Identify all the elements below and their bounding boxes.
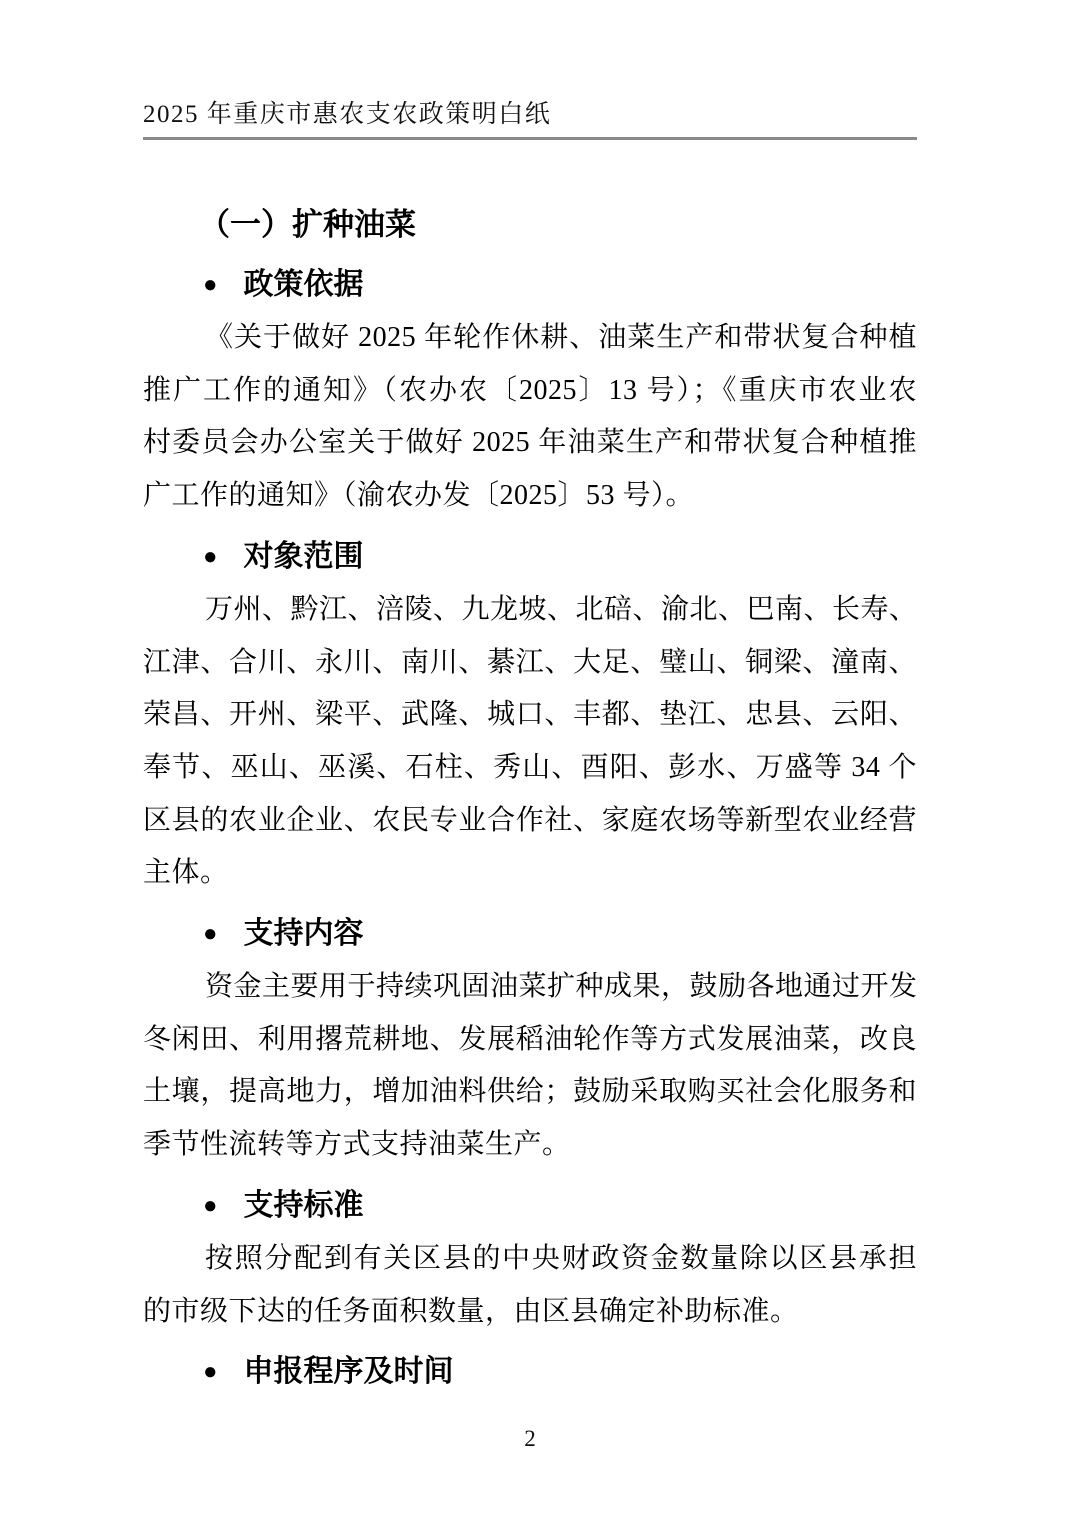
paragraph-line: 广工作的通知》（渝农办发〔2025〕53 号）。 [143, 470, 917, 523]
document-body: （一）扩种油菜 ●政策依据 《关于做好 2025 年轮作休耕、油菜生产和带状复合… [0, 198, 1074, 1399]
paragraph-line: 万州、黔江、涪陵、九龙坡、北碚、渝北、巴南、长寿、 [143, 584, 917, 637]
bullet-icon: ● [203, 259, 218, 312]
paragraph-line: 的市级下达的任务面积数量，由区县确定补助标准。 [143, 1286, 917, 1339]
paragraph-line: 主体。 [143, 847, 917, 900]
bullet-icon: ● [203, 908, 218, 961]
paragraph-policy-basis: 《关于做好 2025 年轮作休耕、油菜生产和带状复合种植 推广工作的通知》（农办… [143, 312, 917, 523]
heading-application-procedure: ●申报程序及时间 [143, 1345, 917, 1399]
paragraph-line: 按照分配到有关区县的中央财政资金数量除以区县承担 [143, 1233, 917, 1286]
bullet-icon: ● [203, 1180, 218, 1233]
heading-support-content: ●支持内容 [143, 907, 917, 961]
page-header-title: 2025 年重庆市惠农支农政策明白纸 [143, 100, 917, 130]
page-header: 2025 年重庆市惠农支农政策明白纸 [0, 0, 1074, 140]
document-page: 2025 年重庆市惠农支农政策明白纸 （一）扩种油菜 ●政策依据 《关于做好 2… [0, 0, 1074, 1520]
section-title: （一）扩种油菜 [143, 198, 917, 251]
paragraph-line: 江津、合川、永川、南川、綦江、大足、璧山、铜梁、潼南、 [143, 637, 917, 690]
paragraph-support-standard: 按照分配到有关区县的中央财政资金数量除以区县承担 的市级下达的任务面积数量，由区… [143, 1233, 917, 1338]
heading-target-scope: ●对象范围 [143, 530, 917, 584]
heading-policy-basis: ●政策依据 [143, 258, 917, 312]
paragraph-line: 冬闲田、利用撂荒耕地、发展稻油轮作等方式发展油菜，改良 [143, 1014, 917, 1067]
paragraph-line: 奉节、巫山、巫溪、石柱、秀山、酉阳、彭水、万盛等 34 个 [143, 742, 917, 795]
heading-label: 申报程序及时间 [244, 1355, 454, 1388]
paragraph-support-content: 资金主要用于持续巩固油菜扩种成果，鼓励各地通过开发 冬闲田、利用撂荒耕地、发展稻… [143, 961, 917, 1172]
heading-label: 支持内容 [244, 917, 364, 950]
paragraph-line: 季节性流转等方式支持油菜生产。 [143, 1119, 917, 1172]
bullet-icon: ● [203, 531, 218, 584]
paragraph-line: 区县的农业企业、农民专业合作社、家庭农场等新型农业经营 [143, 795, 917, 848]
paragraph-line: 荣昌、开州、梁平、武隆、城口、丰都、垫江、忠县、云阳、 [143, 689, 917, 742]
paragraph-line: 土壤，提高地力，增加油料供给；鼓励采取购买社会化服务和 [143, 1066, 917, 1119]
heading-label: 支持标准 [244, 1189, 364, 1222]
bullet-icon: ● [203, 1346, 218, 1399]
heading-label: 对象范围 [244, 540, 364, 573]
page-number: 2 [143, 1426, 917, 1452]
paragraph-line: 村委员会办公室关于做好 2025 年油菜生产和带状复合种植推 [143, 417, 917, 470]
heading-support-standard: ●支持标准 [143, 1179, 917, 1233]
paragraph-target-scope: 万州、黔江、涪陵、九龙坡、北碚、渝北、巴南、长寿、 江津、合川、永川、南川、綦江… [143, 584, 917, 900]
paragraph-line: 推广工作的通知》（农办农〔2025〕13 号）；《重庆市农业农 [143, 365, 917, 418]
paragraph-line: 资金主要用于持续巩固油菜扩种成果，鼓励各地通过开发 [143, 961, 917, 1014]
heading-label: 政策依据 [244, 268, 364, 301]
header-rule [143, 137, 917, 140]
paragraph-line: 《关于做好 2025 年轮作休耕、油菜生产和带状复合种植 [143, 312, 917, 365]
